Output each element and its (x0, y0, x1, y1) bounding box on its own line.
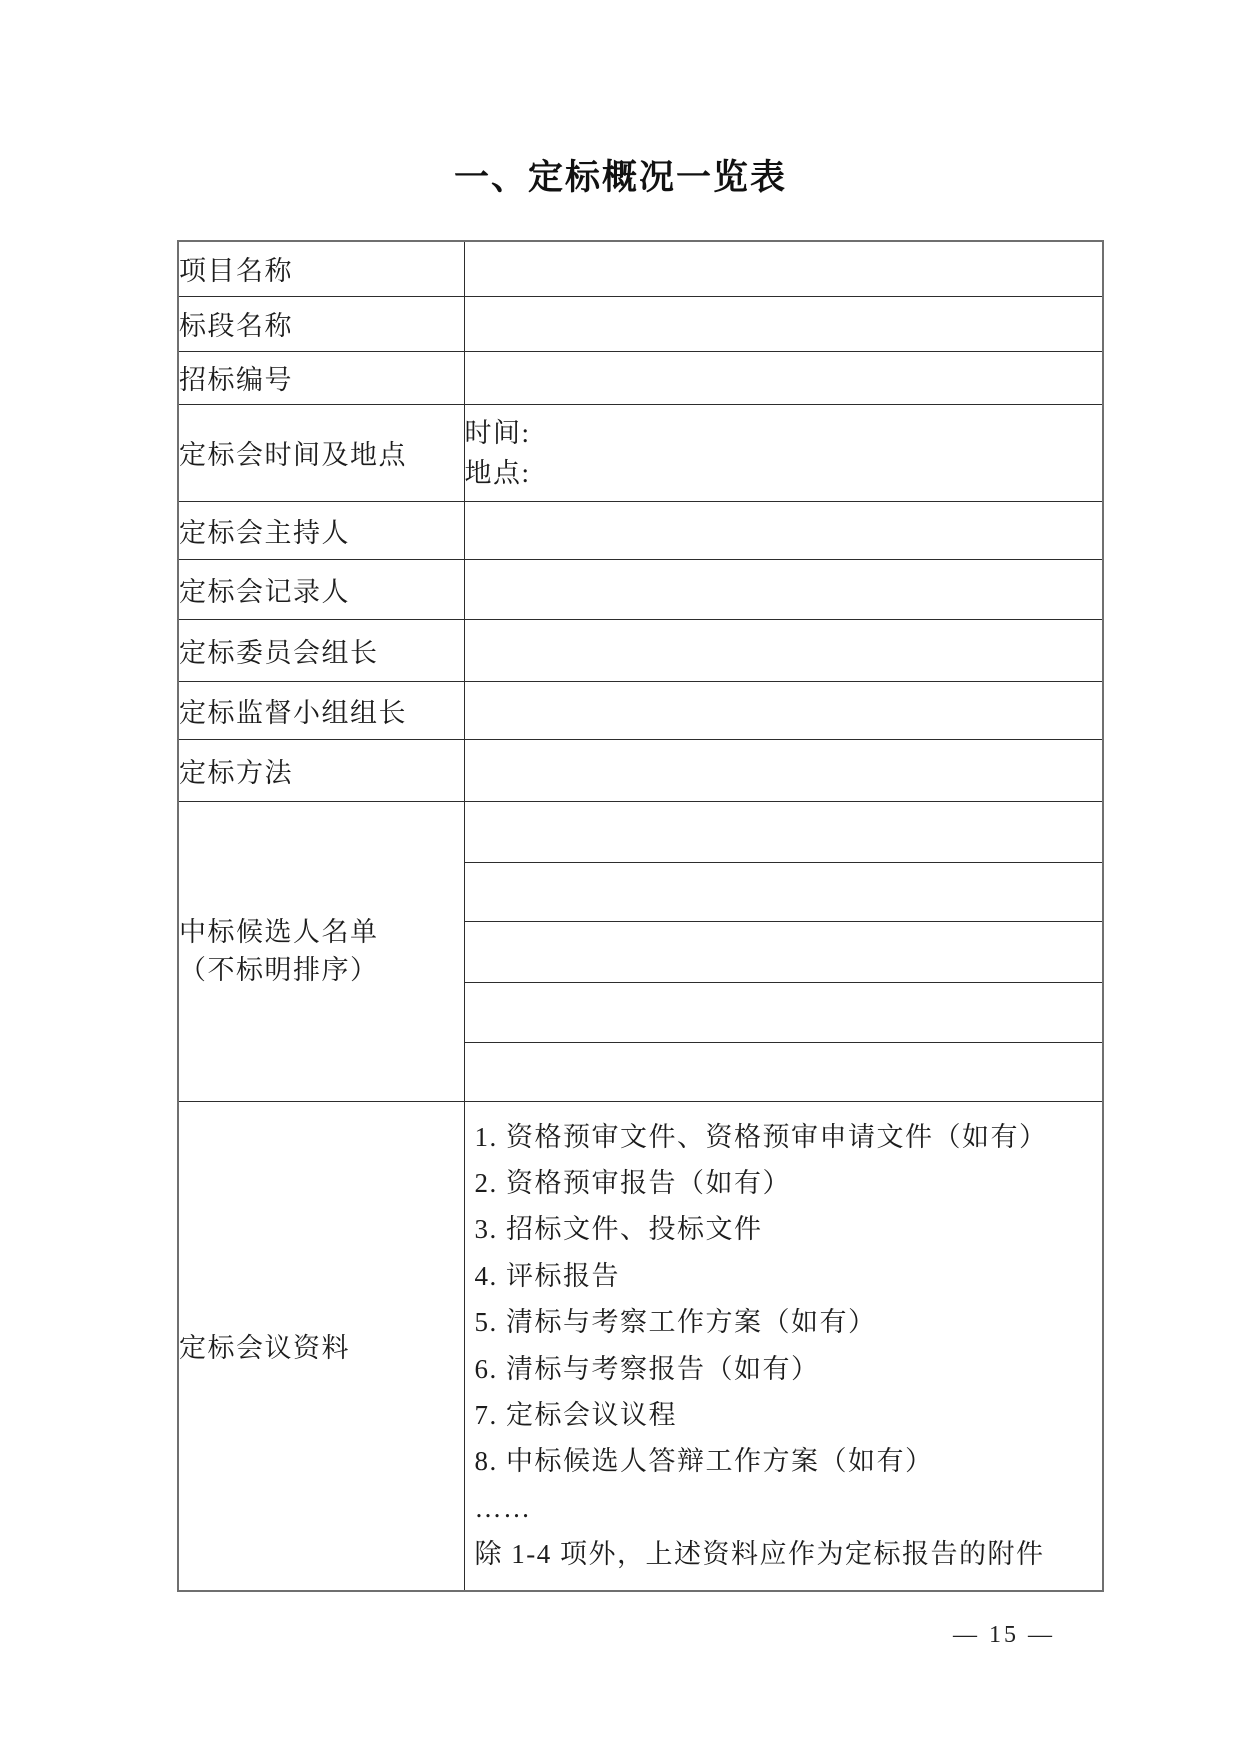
label-committee-leader: 定标委员会组长 (178, 619, 464, 681)
value-meeting-materials: 1. 资格预审文件、资格预审申请文件（如有） 2. 资格预审报告（如有） 3. … (464, 1101, 1103, 1591)
candidates-label-line1: 中标候选人名单 (179, 913, 464, 951)
candidate-slot-4 (464, 982, 1103, 1042)
materials-line: …… (475, 1485, 1097, 1531)
candidates-label-line2: （不标明排序） (179, 951, 464, 989)
label-meeting-host: 定标会主持人 (178, 501, 464, 559)
label-tender-number: 招标编号 (178, 351, 464, 404)
value-project-name (464, 241, 1103, 296)
materials-line: 7. 定标会议议程 (475, 1392, 1097, 1438)
value-committee-leader (464, 619, 1103, 681)
meeting-time-label: 时间: (465, 413, 1103, 453)
bid-award-overview-table: 项目名称 标段名称 招标编号 定标会时间及地点 时间: 地点: (177, 240, 1104, 1592)
materials-line: 2. 资格预审报告（如有） (475, 1160, 1097, 1206)
label-meeting-time-place: 定标会时间及地点 (178, 404, 464, 501)
table-row: 项目名称 (178, 241, 1103, 296)
page-title: 一、定标概况一览表 (0, 150, 1241, 200)
candidate-slot-3 (464, 921, 1103, 982)
value-meeting-time-place: 时间: 地点: (464, 404, 1103, 501)
table-row: 标段名称 (178, 296, 1103, 351)
value-award-method (464, 739, 1103, 801)
table-row: 定标会主持人 (178, 501, 1103, 559)
label-meeting-materials: 定标会议资料 (178, 1101, 464, 1591)
value-tender-number (464, 351, 1103, 404)
label-section-name: 标段名称 (178, 296, 464, 351)
table-row: 定标委员会组长 (178, 619, 1103, 681)
candidate-slot-2 (464, 862, 1103, 921)
candidate-slot-1 (464, 801, 1103, 862)
table-row: 定标会议资料 1. 资格预审文件、资格预审申请文件（如有） 2. 资格预审报告（… (178, 1101, 1103, 1591)
label-supervision-leader: 定标监督小组组长 (178, 681, 464, 739)
label-candidates-list: 中标候选人名单 （不标明排序） (178, 801, 464, 1101)
materials-line: 5. 清标与考察工作方案（如有） (475, 1299, 1097, 1345)
page-number: — 15 — (953, 1622, 1055, 1649)
label-award-method: 定标方法 (178, 739, 464, 801)
materials-line: 6. 清标与考察报告（如有） (475, 1346, 1097, 1392)
value-section-name (464, 296, 1103, 351)
value-supervision-leader (464, 681, 1103, 739)
materials-line: 4. 评标报告 (475, 1253, 1097, 1299)
materials-line: 除 1-4 项外，上述资料应作为定标报告的附件 (475, 1531, 1097, 1577)
materials-line: 8. 中标候选人答辩工作方案（如有） (475, 1438, 1097, 1484)
materials-line: 1. 资格预审文件、资格预审申请文件（如有） (475, 1114, 1097, 1160)
label-meeting-recorder: 定标会记录人 (178, 559, 464, 619)
materials-list: 1. 资格预审文件、资格预审申请文件（如有） 2. 资格预审报告（如有） 3. … (465, 1102, 1103, 1590)
table-row: 招标编号 (178, 351, 1103, 404)
table-row: 定标方法 (178, 739, 1103, 801)
meeting-place-label: 地点: (465, 453, 1103, 493)
candidate-slot-5 (464, 1042, 1103, 1101)
table-row: 定标会时间及地点 时间: 地点: (178, 404, 1103, 501)
label-project-name: 项目名称 (178, 241, 464, 296)
table-row: 中标候选人名单 （不标明排序） (178, 801, 1103, 862)
materials-line: 3. 招标文件、投标文件 (475, 1206, 1097, 1252)
value-meeting-recorder (464, 559, 1103, 619)
document-page: 一、定标概况一览表 项目名称 标段名称 招标编号 定标会时间及地点 (0, 0, 1241, 1755)
value-meeting-host (464, 501, 1103, 559)
table-row: 定标监督小组组长 (178, 681, 1103, 739)
table-row: 定标会记录人 (178, 559, 1103, 619)
